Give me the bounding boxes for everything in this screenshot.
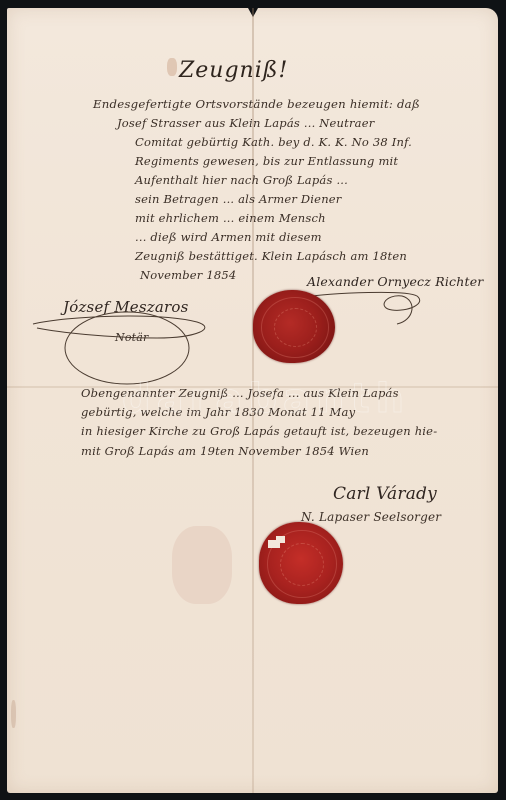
watermark: darabanth [122, 376, 410, 422]
signature-richter: Alexander Ornyecz Richter [307, 274, 483, 289]
signature-priest-role: N. Lapaser Seelsorger [301, 510, 441, 524]
document-paper: Zeugniß! Endesgefertigte Ortsvorstände b… [7, 8, 498, 793]
document-title: Zeugniß! [179, 58, 288, 83]
seal-offset-stain [172, 526, 232, 604]
text-line: ... dieß wird Armen mit diesem [135, 230, 322, 244]
edge-stain [11, 700, 16, 728]
text-line: November 1854 [140, 268, 236, 282]
seal-chip [276, 536, 285, 543]
text-line: Josef Strasser aus Klein Lapás ... Neutr… [117, 116, 374, 130]
text-line: sein Betragen ... als Armer Diener [135, 192, 342, 206]
text-line: mit Groß Lapás am 19ten November 1854 Wi… [81, 444, 369, 458]
text-line: mit ehrlichem ... einem Mensch [135, 211, 326, 225]
text-line: in hiesiger Kirche zu Groß Lapás getauft… [81, 424, 437, 438]
text-line: Endesgefertigte Ortsvorstände bezeugen h… [93, 97, 420, 111]
wax-seal-lower [259, 522, 343, 604]
signature-priest-name: Carl Várady [333, 484, 437, 504]
ink-stain [167, 58, 177, 76]
text-line: Comitat gebürtig Kath. bey d. K. K. No 3… [135, 135, 412, 149]
text-line: Aufenthalt hier nach Groß Lapás ... [135, 173, 348, 187]
text-line: Regiments gewesen, bis zur Entlassung mi… [135, 154, 398, 168]
text-line: Zeugniß bestättiget. Klein Lapásch am 18… [135, 249, 407, 263]
wax-seal-upper [253, 290, 335, 363]
